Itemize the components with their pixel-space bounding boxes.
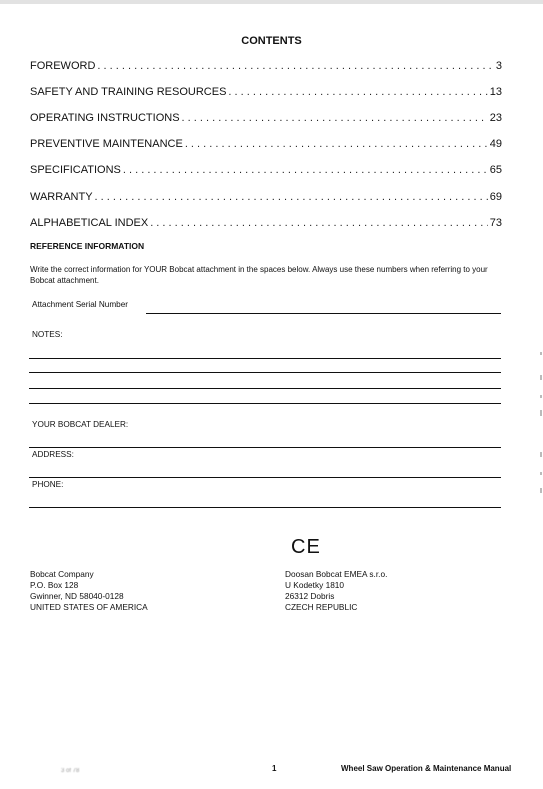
toc-entry-page: 3 <box>496 60 502 72</box>
adjacent-page-fragment <box>540 375 542 380</box>
reference-instructions: Write the correct information for YOUR B… <box>30 264 505 286</box>
notes-label: NOTES: <box>32 330 62 339</box>
dealer-label: YOUR BOBCAT DEALER: <box>32 420 128 429</box>
toc-entry-label: PREVENTIVE MAINTENANCE <box>30 138 183 150</box>
toc-entry[interactable]: ALPHABETICAL INDEX73 <box>30 217 502 231</box>
toc-entry-page: 13 <box>490 86 502 98</box>
toc-entry-label: SPECIFICATIONS <box>30 164 121 176</box>
phone-line <box>29 507 501 508</box>
adjacent-page-fragment <box>540 452 542 457</box>
usa-address: Bobcat Company P.O. Box 128 Gwinner, ND … <box>30 569 148 613</box>
toc-entry-label: WARRANTY <box>30 191 93 203</box>
notes-line <box>29 403 501 404</box>
toc-entry-page: 23 <box>490 112 502 124</box>
dealer-line <box>29 447 501 448</box>
toc-leader-dots <box>95 191 488 203</box>
toc-entry-page: 69 <box>490 191 502 203</box>
notes-line <box>29 388 501 389</box>
toc-entry[interactable]: SAFETY AND TRAINING RESOURCES13 <box>30 86 502 100</box>
notes-line <box>29 372 501 373</box>
toc-entry-label: FOREWORD <box>30 60 95 72</box>
toc-leader-dots <box>228 86 487 98</box>
notes-line <box>29 358 501 359</box>
adjacent-page-fragment <box>540 488 542 493</box>
toc-entry-page: 65 <box>490 164 502 176</box>
toc-entry[interactable]: WARRANTY69 <box>30 191 502 205</box>
toc-entry-label: ALPHABETICAL INDEX <box>30 217 148 229</box>
toc-leader-dots <box>185 138 488 150</box>
toc-leader-dots <box>150 217 488 229</box>
toc-entry-label: OPERATING INSTRUCTIONS <box>30 112 180 124</box>
toc-entry[interactable]: OPERATING INSTRUCTIONS23 <box>30 112 502 126</box>
toc-entry[interactable]: FOREWORD3 <box>30 60 502 74</box>
reference-heading: REFERENCE INFORMATION <box>30 241 144 251</box>
emea-address: Doosan Bobcat EMEA s.r.o. U Kodetky 1810… <box>285 569 387 613</box>
serial-number-label: Attachment Serial Number <box>32 300 128 309</box>
ce-mark-icon: CE <box>291 536 321 559</box>
toc-entry-label: SAFETY AND TRAINING RESOURCES <box>30 86 226 98</box>
page-title: CONTENTS <box>0 35 543 47</box>
adjacent-page-fragment <box>540 472 542 475</box>
viewer-page-indicator: 3 of 78 <box>61 768 79 774</box>
adjacent-page-fragment <box>540 352 542 355</box>
adjacent-page-fragment <box>540 395 542 398</box>
page-number: 1 <box>272 764 276 773</box>
adjacent-page-fragment <box>540 410 542 416</box>
toc-entry[interactable]: PREVENTIVE MAINTENANCE49 <box>30 138 502 152</box>
address-label: ADDRESS: <box>32 450 74 459</box>
phone-label: PHONE: <box>32 480 63 489</box>
toc-entry-page: 73 <box>490 217 502 229</box>
manual-title: Wheel Saw Operation & Maintenance Manual <box>341 764 511 773</box>
toc-leader-dots <box>97 60 493 72</box>
toc-entry-page: 49 <box>490 138 502 150</box>
address-line <box>29 477 501 478</box>
toc-entry[interactable]: SPECIFICATIONS65 <box>30 164 502 178</box>
viewer-top-bar <box>0 0 543 4</box>
toc-leader-dots <box>123 164 488 176</box>
toc-leader-dots <box>182 112 488 124</box>
serial-number-line <box>146 313 501 314</box>
